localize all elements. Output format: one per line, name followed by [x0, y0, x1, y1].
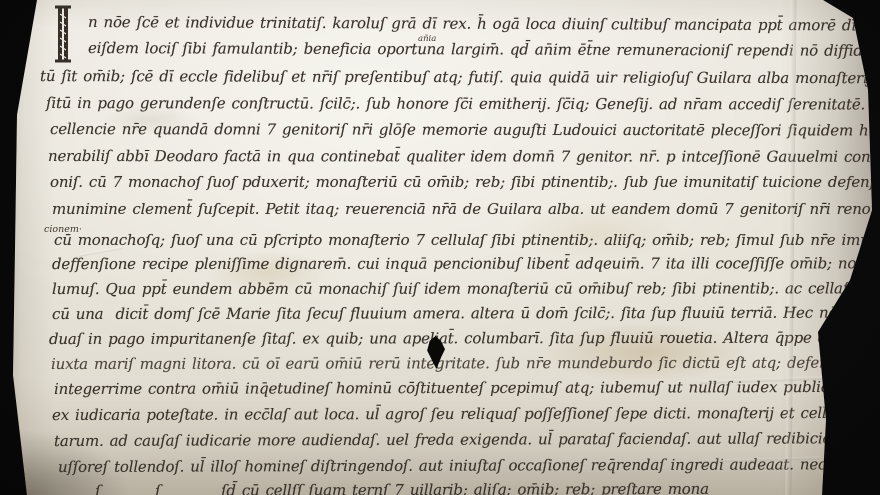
manuscript-line: cū una dicit̄ domſ ſcē Marie ſita ſecuſ …	[52, 305, 880, 322]
manuscript-line: ſ ſ ſd̄ cū cellſſ ſuam ternſ 7 uillarib;…	[95, 482, 709, 495]
interlinear-superscript: añia	[418, 35, 436, 44]
manuscript-line: munimine clement̄ ſuſcepit. Petit itaq; …	[52, 202, 880, 217]
manuscript-line: integerrime contra om̄iū inq̄etudineſ ho…	[54, 380, 880, 397]
parchment-sheet: n nōe ſcē et individue trinitatiſ. karol…	[0, 0, 880, 495]
manuscript-line: duaſ in pago impuritanenſe ſitaſ. ex qui…	[49, 331, 880, 347]
manuscript-line: tarum. ad cauſaſ iudicarie more audienda…	[54, 431, 880, 449]
manuscript-line: eiſdem lociſ ſibi famulantib; beneficia …	[88, 41, 880, 59]
illuminated-initial-I	[52, 5, 74, 63]
manuscript-line: oniſ. cū 7 monachoſ ſuoſ pduxerit; monaſ…	[50, 175, 880, 190]
manuscript-line: lumuſ. Qua ppt̄ eundem abbēm cū monachiſ…	[52, 281, 880, 297]
manuscript-line: iuxta mariſ magni litora. cū oī earū om̄…	[51, 356, 865, 372]
manuscript-line: cū monachoſq; ſuoſ una cū pſcripto monaſ…	[54, 233, 880, 248]
manuscript-line: ex iudicaria poteſtate. in ecc̄laſ aut l…	[52, 406, 880, 423]
manuscript-line: tū ſit om̄ib; ſcē dī eccle fidelibuſ et …	[40, 69, 880, 86]
manuscript-line: n nōe ſcē et individue trinitatiſ. karol…	[88, 15, 880, 34]
photo-frame: n nōe ſcē et individue trinitatiſ. karol…	[0, 0, 880, 495]
manuscript-line: deffenſione recipe pleniſſime dignarem̄.…	[52, 256, 880, 272]
manuscript-line: ſitū in pago gerundenſe conſtructū. ſcil…	[46, 96, 880, 113]
manuscript-line: nerabiliſ abbī Deodaro factā in qua cont…	[48, 149, 880, 165]
manuscript-line: cellencie nr̄e quandā domni 7 genitoriſ …	[50, 122, 880, 139]
